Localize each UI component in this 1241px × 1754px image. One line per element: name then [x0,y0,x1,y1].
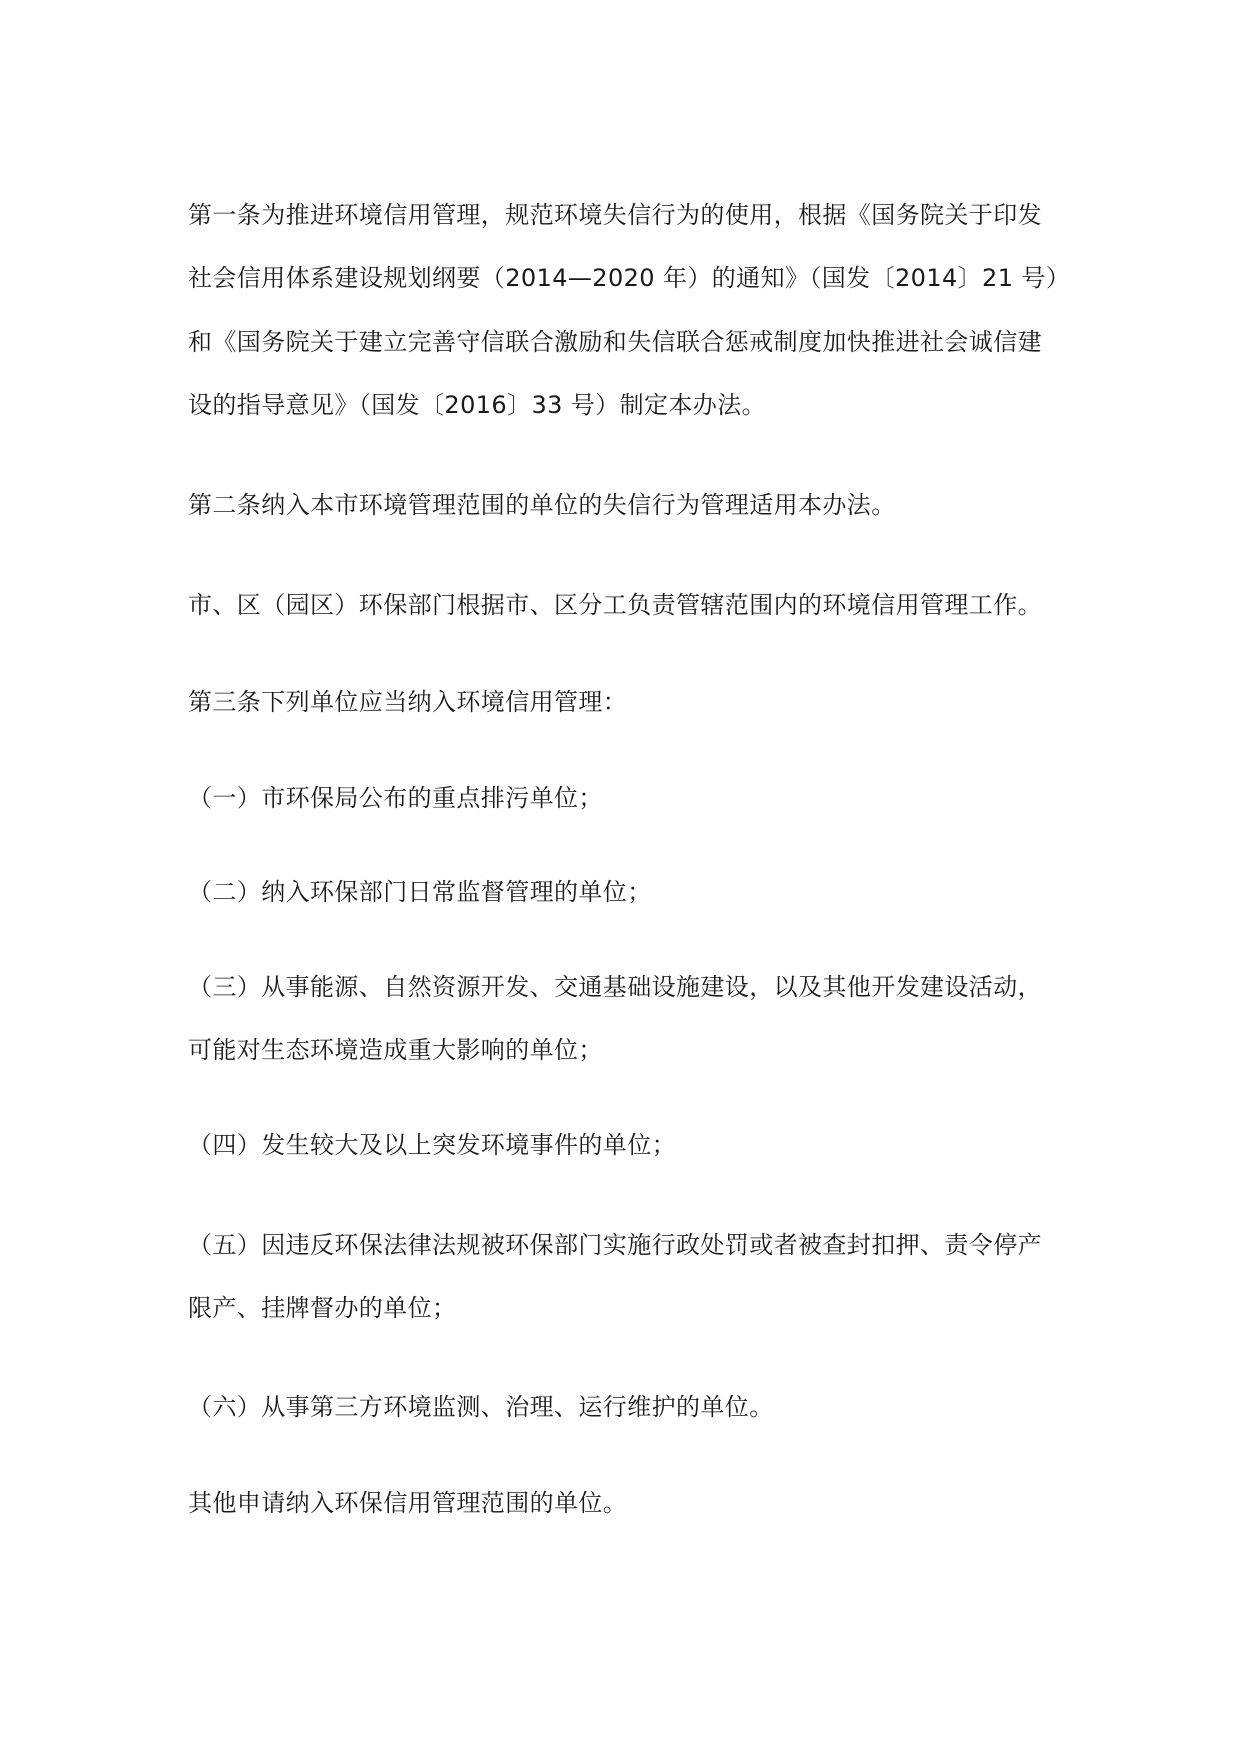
article-3-line-1: 第三条下列单位应当纳入环境信用管理： [188,682,1068,722]
article-1-line-3: 和《国务院关于建立完善守信联合激励和失信联合惩戒制度加快推进社会诚信建 [188,322,1068,362]
item-2-line-1: （二）纳入环保部门日常监督管理的单位； [188,872,1068,912]
article-1-line-4: 设的指导意见》（国发〔2016〕33 号）制定本办法。 [188,385,1068,425]
article-2-para-2-line-1: 市、区（园区）环保部门根据市、区分工负责管辖范围内的环境信用管理工作。 [188,585,1068,625]
article-1-line-2: 社会信用体系建设规划纲要（2014—2020 年）的通知》（国发〔2014〕21… [188,258,1068,298]
item-5-line-1: （五）因违反环保法律法规被环保部门实施行政处罚或者被查封扣押、责令停产 [188,1225,1068,1265]
item-1-line-1: （一）市环保局公布的重点排污单位； [188,778,1068,818]
item-6-line-1: （六）从事第三方环境监测、治理、运行维护的单位。 [188,1387,1068,1427]
article-2-line-1: 第二条纳入本市环境管理范围的单位的失信行为管理适用本办法。 [188,485,1068,525]
article-1-line-1: 第一条为推进环境信用管理，规范环境失信行为的使用，根据《国务院关于印发 [188,195,1068,235]
other-line-1: 其他申请纳入环保信用管理范围的单位。 [188,1483,1068,1523]
item-3-line-1: （三）从事能源、自然资源开发、交通基础设施建设，以及其他开发建设活动， [188,967,1068,1007]
item-3-line-2: 可能对生态环境造成重大影响的单位； [188,1030,1068,1070]
document-page: 第一条为推进环境信用管理，规范环境失信行为的使用，根据《国务院关于印发 社会信用… [0,0,1241,1754]
item-4-line-1: （四）发生较大及以上突发环境事件的单位； [188,1125,1068,1165]
item-5-line-2: 限产、挂牌督办的单位； [188,1288,1068,1328]
